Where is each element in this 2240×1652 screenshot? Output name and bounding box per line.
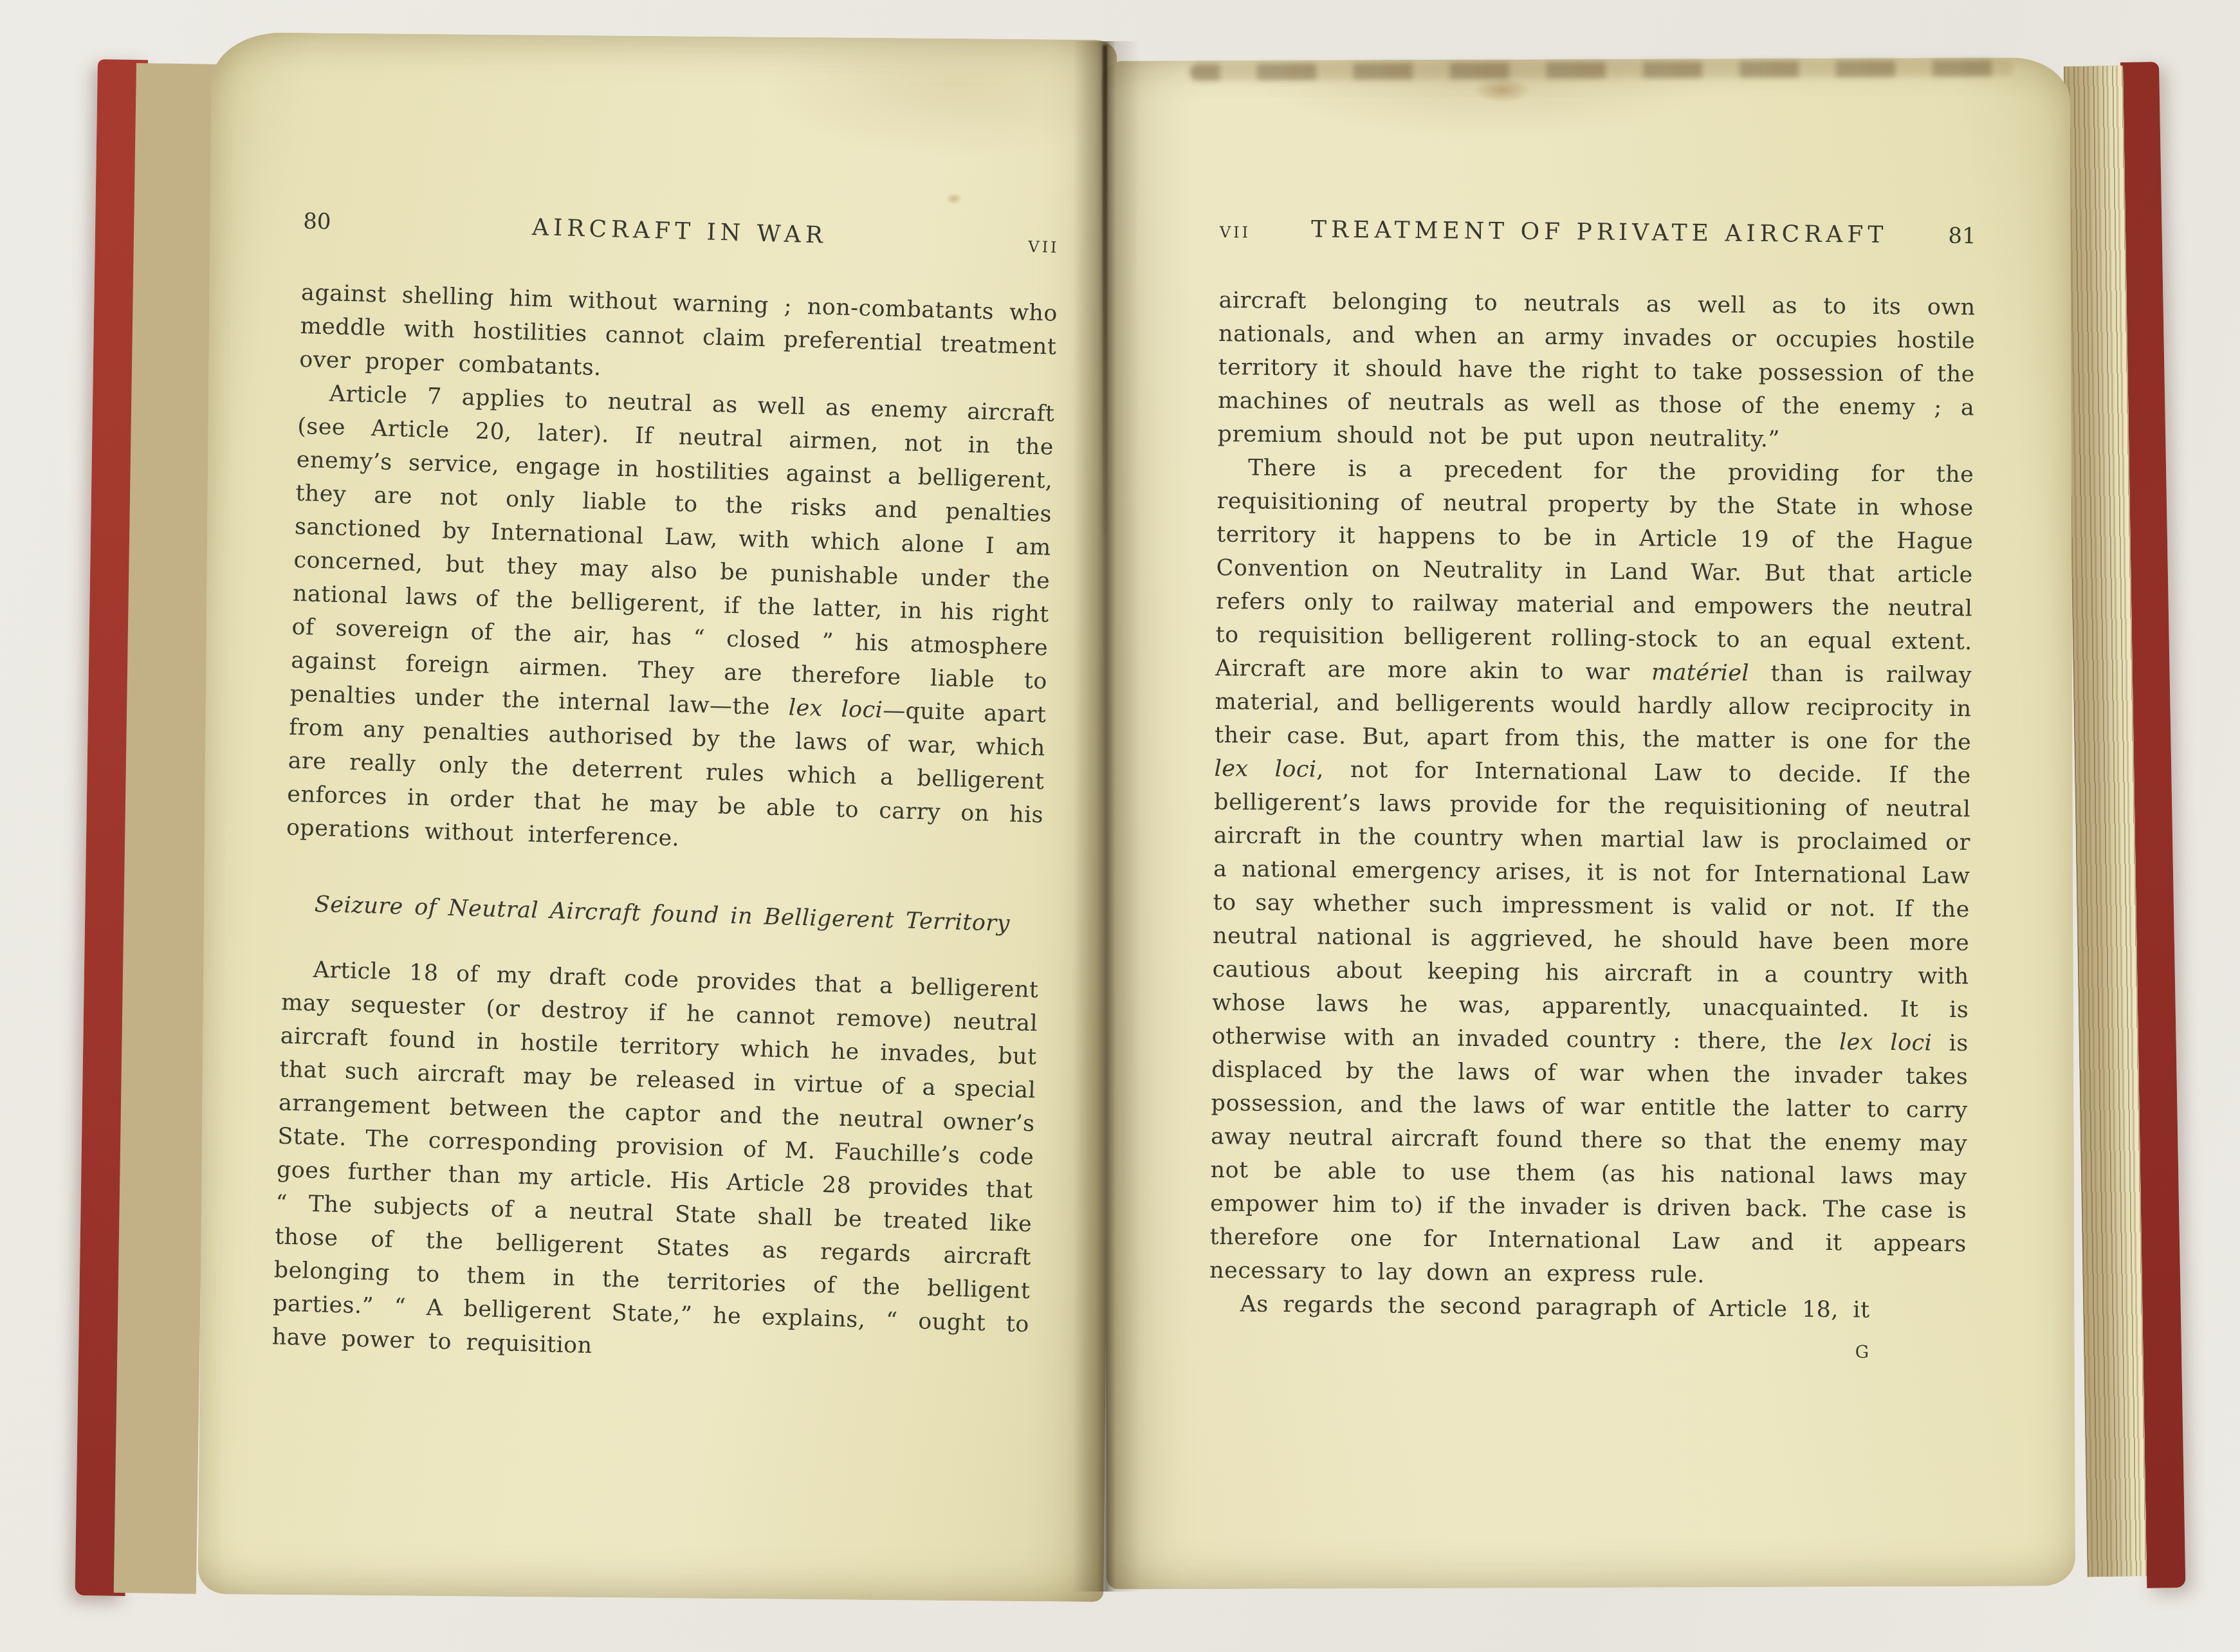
paragraph: Article 18 of my draft code provides tha… (271, 953, 1039, 1375)
left-page-text: 80 AIRCRAFT IN WAR VII against shelling … (271, 205, 1060, 1375)
left-chapter-numeral: VII (1028, 230, 1060, 264)
right-chapter-numeral: VII (1219, 216, 1251, 249)
left-page-number: 80 (303, 205, 332, 239)
paragraph: aircraft belonging to neutrals as well a… (1217, 284, 1975, 458)
section-heading: Seizure of Neutral Aircraft found in Bel… (298, 886, 1025, 942)
paragraph: There is a precedent for the providing f… (1209, 451, 1974, 1294)
photo-backdrop: 80 AIRCRAFT IN WAR VII against shelling … (0, 0, 2240, 1652)
right-page-number: 81 (1948, 219, 1976, 253)
right-running-title: TREATMENT OF PRIVATE AIRCRAFT (1311, 213, 1888, 252)
gutter-crack-shadow (1103, 45, 1107, 534)
right-running-head: VII TREATMENT OF PRIVATE AIRCRAFT 81 (1219, 212, 1976, 255)
paragraph: Article 7 applies to neutral as well as … (286, 376, 1055, 866)
right-page-text: VII TREATMENT OF PRIVATE AIRCRAFT 81 air… (1209, 212, 1976, 1370)
paragraph: As regards the second paragraph of Artic… (1209, 1287, 1965, 1328)
